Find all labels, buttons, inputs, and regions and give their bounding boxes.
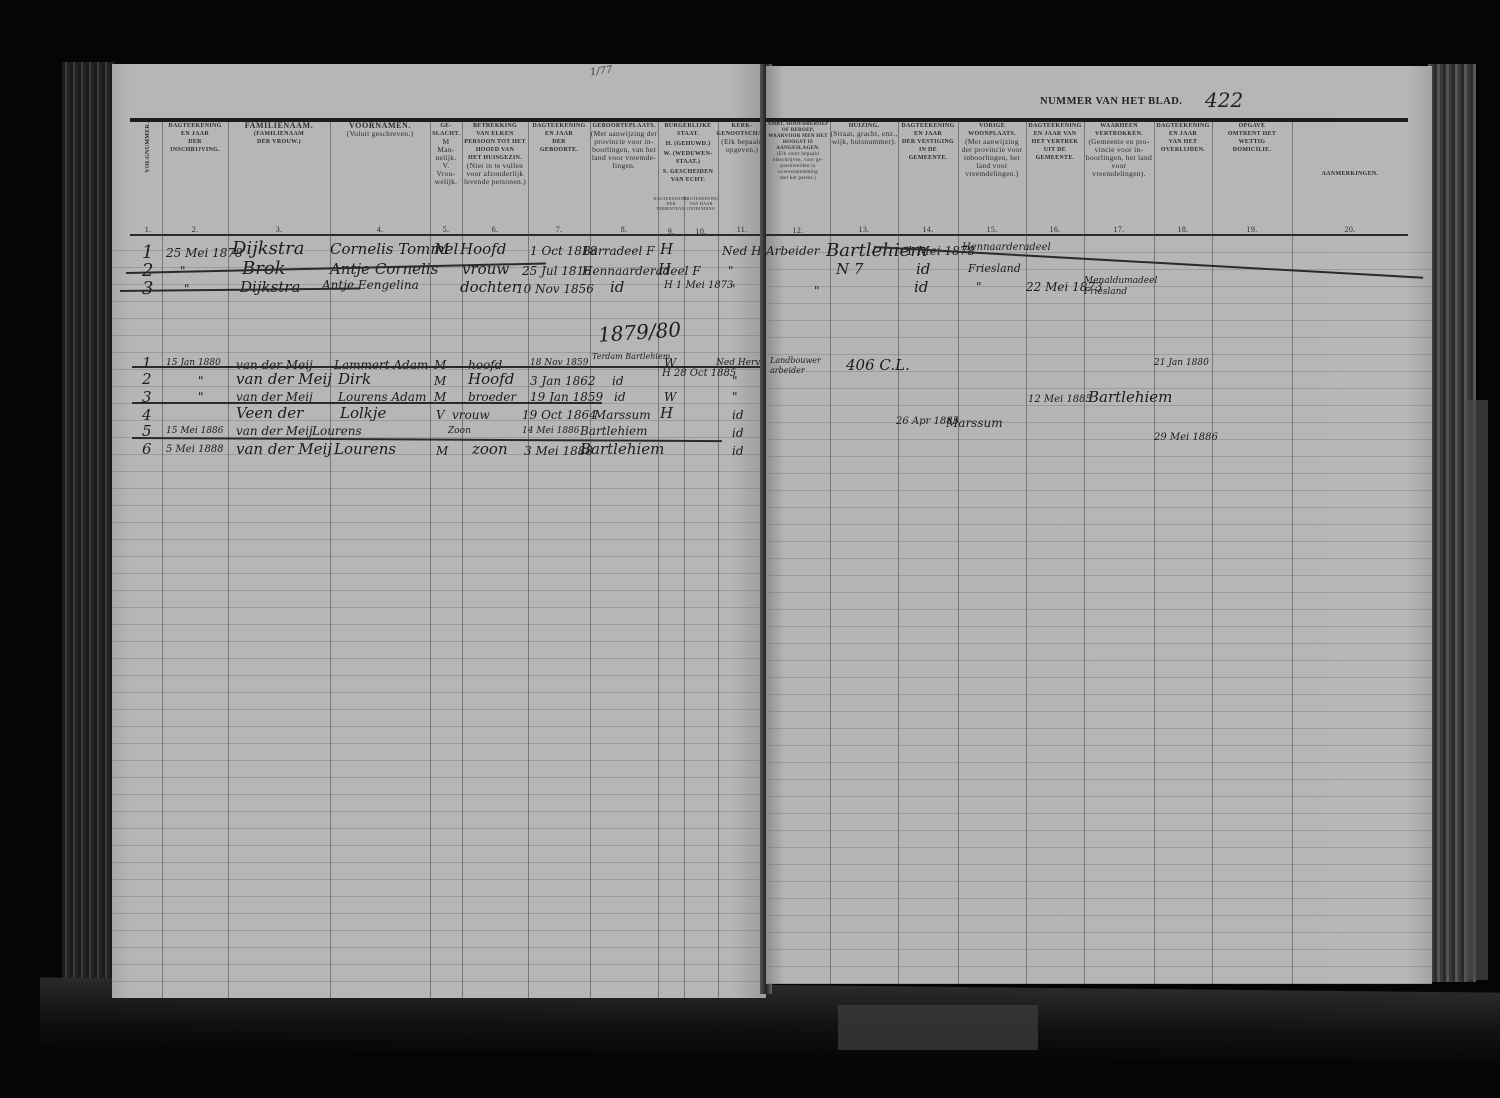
col-header-9-10-group: BURGERLIJKE STAAT. H. (GEHUWD.) W. (WEDU… — [658, 122, 718, 194]
col-header-15: VORIGE WOONPLAATS. (Met aanwijzing der p… — [958, 122, 1026, 234]
fore-edge — [1466, 400, 1488, 980]
ruled-lines — [766, 236, 1432, 984]
col-header-5: GE-SLACHT. M Man- nelijk. V. Vrou- welij… — [430, 122, 462, 234]
col-header-19: OPGAVE OMTRENT HET WETTIG DOMICILIE. 19. — [1212, 122, 1292, 234]
left-page: 1/77 VOLGNUMMER. 1. DAGTEEKENING EN JAAR… — [112, 64, 766, 998]
pencil-mark: 1/77 — [589, 64, 613, 78]
death-date-entry: 21 Jan 1880 — [1154, 358, 1209, 368]
col-header-7: DAGTEEKENING EN JAAR DER GEBOORTE. 7. — [528, 122, 590, 234]
house-entry: 406 C.L. — [846, 356, 910, 374]
col-header-10: DAGTEEKENING VAN HAAR ONTBINDING 10. — [684, 196, 718, 234]
col-header-4: VOORNAMEN. (Voluit geschreven.) 4. — [330, 122, 430, 234]
col-header-14: DAGTEEKENING EN JAAR DER VESTIGING IN DE… — [898, 122, 958, 234]
destination-entry: Bartlehiem — [1088, 388, 1172, 406]
col-header-2: DAGTEEKENING EN JAAR DER INSCHRIJVING. 2… — [162, 122, 228, 234]
departure-date-entry: 12 Mei 1885 — [1028, 394, 1092, 405]
ruled-lines — [112, 234, 766, 998]
header-rule-bottom — [766, 234, 1408, 236]
page-stack-left — [62, 62, 114, 1000]
col-header-11: KERK-GENOOTSCHAP. (Elk bepaald opgeven.)… — [718, 122, 766, 234]
sheet-label: NUMMER VAN HET BLAD. — [1040, 96, 1182, 107]
prev-residence-entry: Marssum — [946, 416, 1003, 430]
col-header-20: AANMERKINGEN. 20. — [1292, 122, 1408, 234]
col-header-12: AMBT, HOOFDBEROEP OF BEROEP, WAARVOOR ME… — [766, 122, 830, 234]
occupation-entry: Landbouwer arbeider — [770, 356, 830, 376]
sheet-number: 422 — [1205, 88, 1243, 112]
binding-label-patch — [838, 1005, 1038, 1050]
col-header-9: DAGTEEKENING DER VERBINTENIS 9. — [658, 196, 684, 234]
col-header-8: GEBOORTEPLAATS. (Met aanwijzing der prov… — [590, 122, 658, 234]
death-date-entry: 29 Mei 1886 — [1154, 432, 1218, 443]
col-header-6: BETREKKING VAN ELKEN PERSOON TOT HET HOO… — [462, 122, 528, 234]
col-header-1: VOLGNUMMER. 1. — [134, 122, 162, 234]
col-header-17: WAARHEEN VERTROKKEN. (Gemeente en pro- v… — [1084, 122, 1154, 234]
right-page: AMBT, HOOFDBEROEP OF BEROEP, WAARVOOR ME… — [766, 66, 1432, 984]
col-header-18: DAGTEEKENING EN JAAR VAN HET OVERLIJDEN.… — [1154, 122, 1212, 234]
col-header-3: FAMILIENAAM. (FAMILIENAAM DER VROUW.) 3. — [228, 122, 330, 234]
col-header-16: DAGTEEKENING EN JAAR VAN HET VERTREK UIT… — [1026, 122, 1084, 234]
col-header-13: HUIZING. (Straat, gracht, enz., wijk, hu… — [830, 122, 898, 234]
